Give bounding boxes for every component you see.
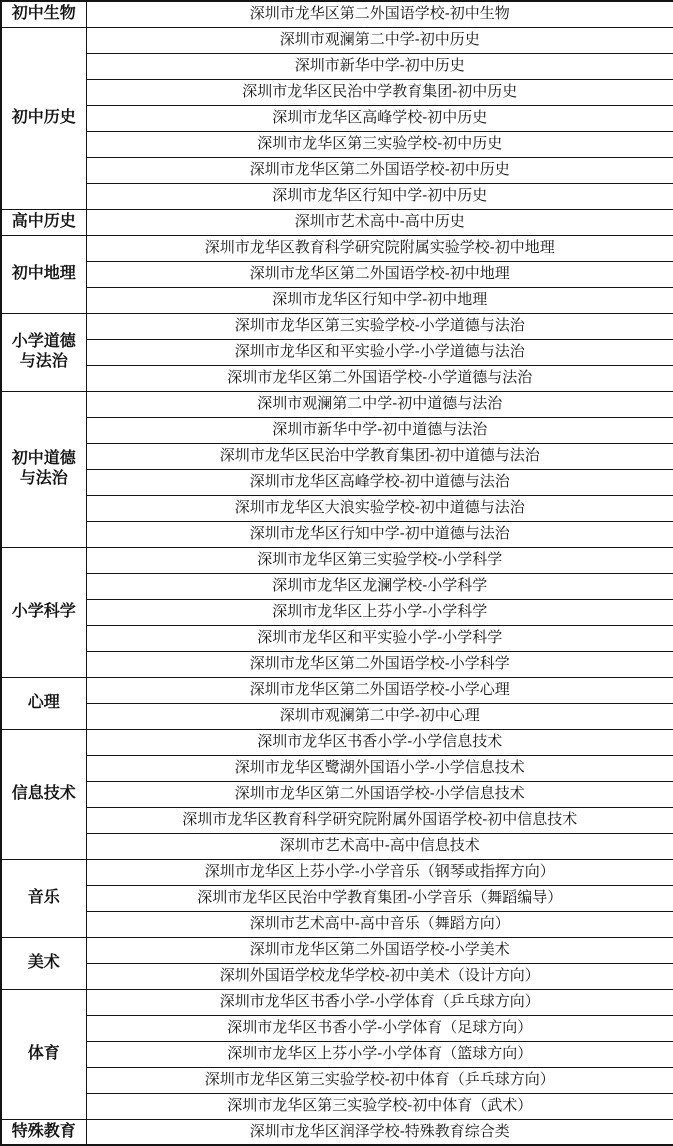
table-row: 特殊教育深圳市龙华区润泽学校-特殊教育综合类 <box>1 1119 673 1145</box>
table-row: 体育深圳市龙华区书香小学-小学体育（乒乓球方向） <box>1 989 673 1015</box>
table-row: 初中地理深圳市龙华区教育科学研究院附属实验学校-初中地理 <box>1 235 673 261</box>
entry-cell: 深圳市龙华区第三实验学校-初中历史 <box>86 131 673 157</box>
table-row: 深圳市龙华区鹭湖外国语小学-小学信息技术 <box>1 755 673 781</box>
entry-cell: 深圳市龙华区高峰学校-初中道德与法治 <box>86 469 673 495</box>
entry-cell: 深圳市龙华区润泽学校-特殊教育综合类 <box>86 1119 673 1145</box>
entry-cell: 深圳市龙华区和平实验小学-小学道德与法治 <box>86 339 673 365</box>
table-row: 高中历史深圳市艺术高中-高中历史 <box>1 209 673 235</box>
entry-cell: 深圳市龙华区书香小学-小学信息技术 <box>86 729 673 755</box>
category-cell: 高中历史 <box>1 209 86 235</box>
entry-cell: 深圳市龙华区行知中学-初中历史 <box>86 183 673 209</box>
entry-cell: 深圳市龙华区鹭湖外国语小学-小学信息技术 <box>86 755 673 781</box>
entry-cell: 深圳市龙华区大浪实验学校-初中道德与法治 <box>86 495 673 521</box>
entry-cell: 深圳外国语学校龙华学校-初中美术（设计方向） <box>86 963 673 989</box>
table-row: 深圳市龙华区大浪实验学校-初中道德与法治 <box>1 495 673 521</box>
table-row: 深圳市新华中学-初中历史 <box>1 53 673 79</box>
entry-cell: 深圳市龙华区和平实验小学-小学科学 <box>86 625 673 651</box>
entry-cell: 深圳市龙华区民治中学教育集团-初中道德与法治 <box>86 443 673 469</box>
entry-cell: 深圳市龙华区第二外国语学校-初中历史 <box>86 157 673 183</box>
table-row: 深圳市龙华区民治中学教育集团-初中道德与法治 <box>1 443 673 469</box>
entry-cell: 深圳市龙华区第二外国语学校-小学美术 <box>86 937 673 963</box>
table-row: 音乐深圳市龙华区上芬小学-小学音乐（钢琴或指挥方向） <box>1 859 673 885</box>
entry-cell: 深圳市龙华区高峰学校-初中历史 <box>86 105 673 131</box>
table-row: 深圳市龙华区和平实验小学-小学科学 <box>1 625 673 651</box>
entry-cell: 深圳市龙华区第三实验学校-初中体育（乒乓球方向） <box>86 1067 673 1093</box>
entry-cell: 深圳市龙华区第二外国语学校-小学道德与法治 <box>86 365 673 391</box>
entry-cell: 深圳市龙华区第三实验学校-小学道德与法治 <box>86 313 673 339</box>
entry-cell: 深圳市龙华区上芬小学-小学体育（篮球方向） <box>86 1041 673 1067</box>
table-row: 深圳市观澜第二中学-初中心理 <box>1 703 673 729</box>
entry-cell: 深圳市龙华区第二外国语学校-小学心理 <box>86 677 673 703</box>
table-row: 深圳外国语学校龙华学校-初中美术（设计方向） <box>1 963 673 989</box>
table-row: 深圳市龙华区书香小学-小学体育（足球方向） <box>1 1015 673 1041</box>
table-row: 小学道德与法治深圳市龙华区第三实验学校-小学道德与法治 <box>1 313 673 339</box>
entry-cell: 深圳市龙华区书香小学-小学体育（足球方向） <box>86 1015 673 1041</box>
entry-cell: 深圳市龙华区第三实验学校-小学科学 <box>86 547 673 573</box>
entry-cell: 深圳市龙华区第二外国语学校-初中地理 <box>86 261 673 287</box>
entry-cell: 深圳市新华中学-初中道德与法治 <box>86 417 673 443</box>
category-cell: 初中历史 <box>1 27 86 209</box>
entry-cell: 深圳市观澜第二中学-初中历史 <box>86 27 673 53</box>
entry-cell: 深圳市观澜第二中学-初中心理 <box>86 703 673 729</box>
category-cell: 音乐 <box>1 859 86 937</box>
entry-cell: 深圳市龙华区教育科学研究院附属实验学校-初中地理 <box>86 235 673 261</box>
table-row: 初中历史深圳市观澜第二中学-初中历史 <box>1 27 673 53</box>
table-row: 心理深圳市龙华区第二外国语学校-小学心理 <box>1 677 673 703</box>
entry-cell: 深圳市龙华区上芬小学-小学科学 <box>86 599 673 625</box>
table-row: 信息技术深圳市龙华区书香小学-小学信息技术 <box>1 729 673 755</box>
entry-cell: 深圳市观澜第二中学-初中道德与法治 <box>86 391 673 417</box>
table-row: 深圳市龙华区龙澜学校-小学科学 <box>1 573 673 599</box>
table-row: 深圳市龙华区上芬小学-小学体育（篮球方向） <box>1 1041 673 1067</box>
entry-cell: 深圳市龙华区第二外国语学校-小学信息技术 <box>86 781 673 807</box>
category-cell: 小学道德与法治 <box>1 313 86 391</box>
table-row: 深圳市龙华区第二外国语学校-初中地理 <box>1 261 673 287</box>
table-row: 深圳市龙华区教育科学研究院附属外国语学校-初中信息技术 <box>1 807 673 833</box>
table-row: 初中道德与法治深圳市观澜第二中学-初中道德与法治 <box>1 391 673 417</box>
entry-cell: 深圳市龙华区教育科学研究院附属外国语学校-初中信息技术 <box>86 807 673 833</box>
table-row: 深圳市龙华区第二外国语学校-小学道德与法治 <box>1 365 673 391</box>
category-cell: 信息技术 <box>1 729 86 859</box>
category-cell: 初中地理 <box>1 235 86 313</box>
table-row: 深圳市龙华区高峰学校-初中道德与法治 <box>1 469 673 495</box>
table-row: 深圳市龙华区第二外国语学校-小学科学 <box>1 651 673 677</box>
table-row: 深圳市龙华区和平实验小学-小学道德与法治 <box>1 339 673 365</box>
category-cell: 初中生物 <box>1 1 86 27</box>
table-row: 深圳市艺术高中-高中信息技术 <box>1 833 673 859</box>
entry-cell: 深圳市龙华区上芬小学-小学音乐（钢琴或指挥方向） <box>86 859 673 885</box>
table-row: 深圳市龙华区行知中学-初中道德与法治 <box>1 521 673 547</box>
table-row: 深圳市龙华区行知中学-初中历史 <box>1 183 673 209</box>
category-cell: 心理 <box>1 677 86 729</box>
table-row: 深圳市龙华区第三实验学校-初中体育（武术） <box>1 1093 673 1119</box>
entry-cell: 深圳市龙华区第二外国语学校-小学科学 <box>86 651 673 677</box>
table-body: 初中生物深圳市龙华区第二外国语学校-初中生物初中历史深圳市观澜第二中学-初中历史… <box>1 1 673 1145</box>
recruitment-table: 初中生物深圳市龙华区第二外国语学校-初中生物初中历史深圳市观澜第二中学-初中历史… <box>0 0 673 1146</box>
table-row: 深圳市龙华区第三实验学校-初中体育（乒乓球方向） <box>1 1067 673 1093</box>
table-row: 深圳市龙华区民治中学教育集团-初中历史 <box>1 79 673 105</box>
entry-cell: 深圳市艺术高中-高中历史 <box>86 209 673 235</box>
category-cell: 特殊教育 <box>1 1119 86 1145</box>
entry-cell: 深圳市龙华区书香小学-小学体育（乒乓球方向） <box>86 989 673 1015</box>
table-row: 深圳市龙华区行知中学-初中地理 <box>1 287 673 313</box>
table-row: 深圳市艺术高中-高中音乐（舞蹈方向） <box>1 911 673 937</box>
entry-cell: 深圳市龙华区行知中学-初中地理 <box>86 287 673 313</box>
table-row: 小学科学深圳市龙华区第三实验学校-小学科学 <box>1 547 673 573</box>
table-row: 深圳市龙华区上芬小学-小学科学 <box>1 599 673 625</box>
entry-cell: 深圳市艺术高中-高中信息技术 <box>86 833 673 859</box>
entry-cell: 深圳市龙华区民治中学教育集团-小学音乐（舞蹈编导） <box>86 885 673 911</box>
entry-cell: 深圳市龙华区第二外国语学校-初中生物 <box>86 1 673 27</box>
table-row: 深圳市龙华区民治中学教育集团-小学音乐（舞蹈编导） <box>1 885 673 911</box>
category-cell: 美术 <box>1 937 86 989</box>
table-row: 深圳市龙华区高峰学校-初中历史 <box>1 105 673 131</box>
category-cell: 初中道德与法治 <box>1 391 86 547</box>
category-cell: 体育 <box>1 989 86 1119</box>
table-row: 美术深圳市龙华区第二外国语学校-小学美术 <box>1 937 673 963</box>
table-row: 初中生物深圳市龙华区第二外国语学校-初中生物 <box>1 1 673 27</box>
entry-cell: 深圳市艺术高中-高中音乐（舞蹈方向） <box>86 911 673 937</box>
table-row: 深圳市龙华区第三实验学校-初中历史 <box>1 131 673 157</box>
table-row: 深圳市新华中学-初中道德与法治 <box>1 417 673 443</box>
table-row: 深圳市龙华区第二外国语学校-初中历史 <box>1 157 673 183</box>
table-row: 深圳市龙华区第二外国语学校-小学信息技术 <box>1 781 673 807</box>
entry-cell: 深圳市龙华区行知中学-初中道德与法治 <box>86 521 673 547</box>
entry-cell: 深圳市龙华区第三实验学校-初中体育（武术） <box>86 1093 673 1119</box>
entry-cell: 深圳市新华中学-初中历史 <box>86 53 673 79</box>
entry-cell: 深圳市龙华区民治中学教育集团-初中历史 <box>86 79 673 105</box>
category-cell: 小学科学 <box>1 547 86 677</box>
entry-cell: 深圳市龙华区龙澜学校-小学科学 <box>86 573 673 599</box>
